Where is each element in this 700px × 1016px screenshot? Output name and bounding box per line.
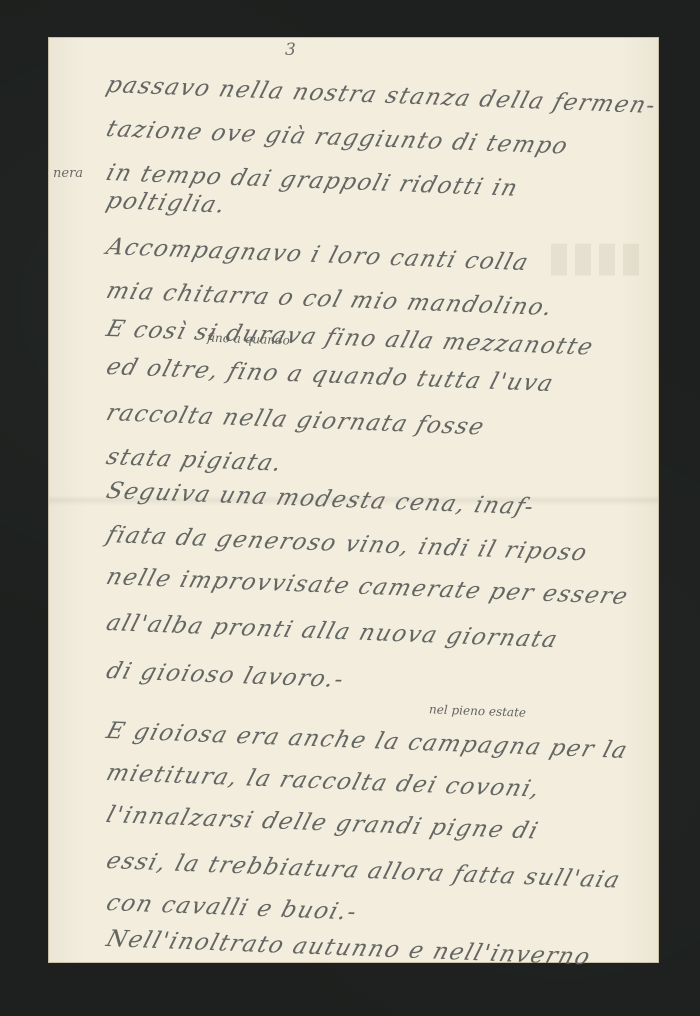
show-through-print: ▮▮▮▮ (548, 233, 644, 280)
handwritten-line-7: E così si durava fino alla mezzanotte (103, 316, 597, 360)
handwritten-line-1: passavo nella nostra stanza della fermen… (103, 72, 659, 119)
handwritten-line-15: di gioioso lavoro.- (103, 658, 348, 693)
handwritten-line-4: poltiglia. (103, 188, 229, 218)
handwritten-line-20: con cavalli e buoi.- (103, 890, 361, 925)
handwritten-line-9: raccolta nella giornata fosse (103, 400, 488, 440)
handwritten-line-14: all'alba pronti alla nuova giornata (103, 610, 561, 653)
handwritten-line-11: Seguiva una modesta cena, inaf- (103, 478, 538, 520)
handwritten-line-17: mietitura, la raccolta dei covoni, (103, 760, 544, 802)
insertion-above-line-16: nel pieno estate (429, 702, 526, 719)
handwritten-line-18: l'innalzarsi delle grandi pigne di (103, 802, 542, 844)
handwritten-line-10: stata pigiata. (103, 444, 286, 476)
handwritten-line-8: ed oltre, fino a quando tutta l'uva (103, 354, 557, 397)
margin-note: nera (53, 166, 83, 181)
handwritten-line-12: fiata da generoso vino, indi il riposo (103, 522, 591, 566)
handwritten-line-5: Accompagnavo i loro canti colla (103, 234, 532, 276)
handwritten-line-19: essi, la trebbiatura allora fatta sull'a… (103, 848, 624, 893)
letter-page: ▮▮▮▮ 3 nera passavo nella nostra stanza … (49, 38, 658, 962)
insertion-above-line-8: fino a quando (207, 331, 290, 348)
handwritten-line-16: E gioiosa era anche la campagna per la (103, 718, 631, 764)
page-number: 3 (285, 40, 296, 60)
handwritten-line-2: tazione ove già raggiunto di tempo (103, 116, 572, 159)
handwritten-line-13: nelle improvvisate camerate per essere (103, 564, 632, 610)
handwritten-line-6: mia chitarra o col mio mandolino. (103, 278, 556, 321)
handwritten-line-21: Nell'inoltrato autunno e nell'inverno (103, 926, 594, 970)
